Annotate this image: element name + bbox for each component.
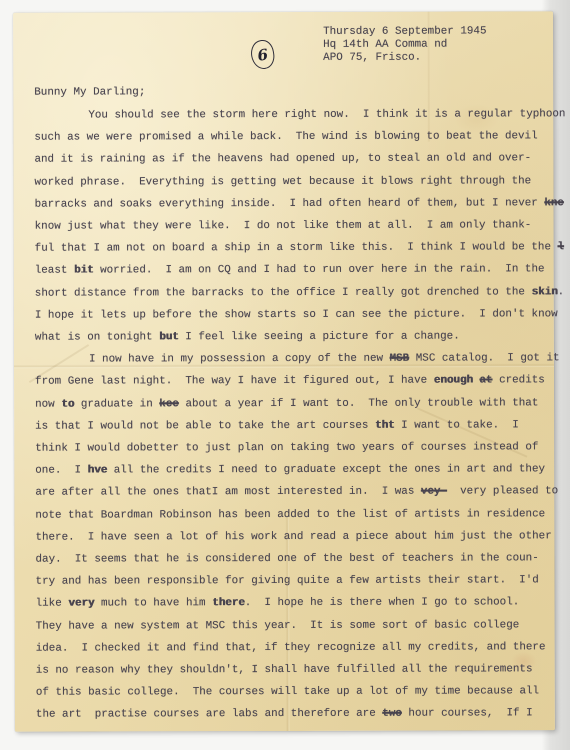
text-run: least [35, 265, 74, 277]
letter-line: one. I hve all the credits I need to gra… [35, 459, 547, 483]
struck-text: kne [544, 197, 564, 209]
letter-line: day. It seems that he is considered one … [35, 547, 547, 571]
letter-line: of this basic college. The courses will … [36, 681, 548, 705]
text-run: is that I would not be able to take the … [35, 420, 375, 433]
text-run: I now have in my possession a copy of th… [89, 353, 390, 366]
text-run: They have a new system at MSC this year.… [36, 619, 520, 632]
letter-line: I now have in my possession a copy of th… [35, 348, 547, 372]
overtyped-text: tht [375, 420, 395, 432]
letter-line: are after all the ones thatI am most int… [35, 481, 547, 505]
overtyped-text: to [61, 398, 74, 410]
text-run: know just what they were like. I do not … [35, 219, 532, 232]
letter-line: I hope it lets up before the show starts… [35, 303, 547, 327]
text-run: there. I have seen a lot of his work and… [35, 530, 551, 543]
overtyped-text: but [159, 331, 179, 343]
letter-line: what is on tonight but I feel like seein… [35, 325, 547, 349]
text-run: the art practise courses are labs and th… [36, 708, 382, 721]
text-run: and it is raining as if the heavens had … [34, 153, 531, 166]
text-run: I feel like seeing a picture for a chang… [179, 331, 460, 344]
letter-line: barracks and soaks everything inside. I … [35, 192, 547, 216]
overtyped-text: hve [88, 465, 108, 477]
text-run: graduate in [74, 398, 159, 410]
text-run: . [558, 286, 565, 298]
struck-text: l [558, 241, 565, 253]
text-run: I want to take. I [395, 419, 519, 431]
text-run: I hope it lets up before the show starts… [35, 308, 558, 321]
text-run: about a year if I want to. The only trou… [179, 397, 538, 410]
text-run: day. It seems that he is considered one … [35, 552, 538, 565]
letter-line: the art practise courses are labs and th… [36, 703, 548, 727]
text-run: such as we were promised a while back. T… [34, 131, 537, 144]
text-run: from Gene last night. The way I have it … [35, 375, 434, 388]
letter-page: 6 Thursday 6 September 1945Hq 14th AA Co… [13, 11, 555, 731]
letter-line: now to graduate in kee about a year if I… [35, 392, 547, 416]
text-run: what is on tonight [35, 331, 159, 343]
header-line: Thursday 6 September 1945 [323, 25, 546, 39]
text-run: worried. I am on CQ and I had to run ove… [94, 264, 545, 277]
letter-line: try and has been responsible for giving … [36, 570, 548, 594]
text-run: think I would dobetter to just plan on t… [35, 441, 538, 454]
struck-text: vey- [421, 486, 447, 498]
overtyped-text: skin [531, 286, 557, 298]
letter-line: there. I have seen a lot of his work and… [35, 525, 547, 549]
text-run: MSC catalog. I got it [409, 353, 559, 365]
letter-lines: You should see the storm here right now.… [34, 103, 548, 726]
header-line: APO 75, Frisco. [323, 51, 546, 65]
text-run: much to have him [94, 598, 212, 610]
text-run: one. I [35, 465, 87, 477]
text-run: barracks and soaks everything inside. I … [35, 197, 545, 210]
text-run: now [35, 398, 61, 410]
overtyped-text: enough [434, 375, 473, 387]
letter-line: You should see the storm here right now.… [34, 103, 546, 127]
text-run: idea. I checked it and find that, if the… [36, 641, 546, 654]
text-run: credits [493, 375, 545, 387]
text-run: worked phrase. Everything is getting wet… [34, 175, 531, 188]
text-run: of this basic college. The courses will … [36, 686, 539, 699]
text-run: are after all the ones thatI am most int… [35, 486, 421, 499]
letter-line: know just what they were like. I do not … [35, 214, 547, 238]
text-run: hour courses, If I [402, 708, 533, 720]
overtyped-text: bit [74, 265, 94, 277]
text-run: note that Boardman Robinson has been add… [35, 508, 545, 521]
letter-line: short distance from the barracks to the … [35, 281, 547, 305]
text-run: all the credits I need to graduate excep… [107, 464, 545, 477]
letter-line: is that I would not be able to take the … [35, 414, 547, 438]
text-run: try and has been responsible for giving … [36, 575, 539, 588]
salutation: Bunny My Darling; [34, 80, 546, 103]
text-run: You should see the storm here right now.… [88, 108, 565, 121]
letter-line: note that Boardman Robinson has been add… [35, 503, 547, 527]
letter-line: such as we were promised a while back. T… [34, 126, 546, 150]
letter-line: least bit worried. I am on CQ and I had … [35, 259, 547, 283]
text-run: like [36, 598, 69, 610]
letter-line: idea. I checked it and find that, if the… [36, 636, 548, 660]
letter-line: is no reason why they shouldn't, I shall… [36, 658, 548, 682]
letter-line: and it is raining as if the heavens had … [34, 148, 546, 172]
struck-text: two [382, 708, 402, 720]
letter-body: Thursday 6 September 1945Hq 14th AA Comm… [34, 25, 548, 726]
letter-line: think I would dobetter to just plan on t… [35, 436, 547, 460]
text-run: very pleased to [447, 486, 558, 498]
text-run: short distance from the barracks to the … [35, 286, 532, 299]
struck-text: MSB [390, 353, 410, 365]
letter-line: They have a new system at MSC this year.… [36, 614, 548, 638]
overtyped-text: there [212, 598, 245, 610]
letter-header: Thursday 6 September 1945Hq 14th AA Comm… [323, 25, 546, 65]
text-run: . I hope he is there when I go to school… [245, 597, 520, 610]
letter-line: worked phrase. Everything is getting wet… [34, 170, 546, 194]
letter-line: ful that I am not on board a ship in a s… [35, 237, 547, 261]
letter-line: from Gene last night. The way I have it … [35, 370, 547, 394]
struck-text: kee [159, 398, 179, 410]
text-run: ful that I am not on board a ship in a s… [35, 242, 558, 255]
letter-line: like very much to have him there. I hope… [36, 592, 548, 616]
struck-text: at [479, 375, 492, 387]
header-line: Hq 14th AA Comma nd [323, 38, 546, 52]
text-run: is no reason why they shouldn't, I shall… [36, 663, 533, 676]
scanned-letter-view: { "colors": { "paper": "#ecdcae", "ink":… [0, 0, 570, 750]
overtyped-text: very [68, 598, 94, 610]
